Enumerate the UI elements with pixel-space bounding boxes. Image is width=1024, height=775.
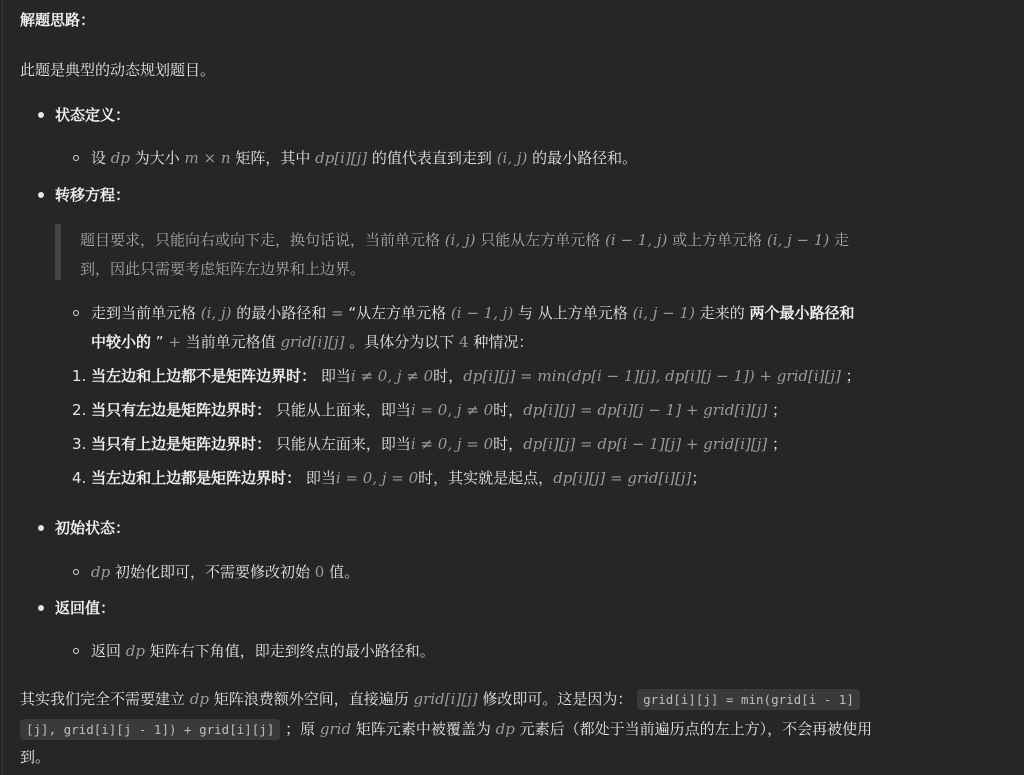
section-title-initial-state: 初始状态： (55, 516, 130, 540)
bullet-icon (38, 112, 44, 118)
transfer-description-line-1: 走到当前单元格 (i, j) 的最小路径和 = “从左方单元格 (i − 1, … (91, 301, 854, 325)
transfer-description-line-2: 中较小的 ” + 当前单元格值 grid[i][j] 。具体分为以下 4 种情况… (91, 330, 533, 354)
blockquote-line-2: 到，因此只需要考虑矩阵左边界和上边界。 (80, 257, 365, 281)
section-title-return-value: 返回值： (55, 596, 115, 620)
conclusion-line-3: 到。 (20, 745, 50, 769)
sub-bullet-icon (73, 310, 79, 316)
intro-paragraph: 此题是典型的动态规划题目。 (20, 58, 215, 82)
conclusion-line-1: 其实我们完全不需要建立 dp 矩阵浪费额外空间，直接遍历 grid[i][j] … (20, 687, 860, 712)
case-item-4: 4. 当左边和上边都是矩阵边界时： 即当i = 0, j = 0时，其实就是起点… (72, 466, 706, 490)
conclusion-line-2: [j], grid[i][j - 1]) + grid[i][j] ；原 gri… (20, 717, 872, 742)
section-title-state-definition: 状态定义： (55, 103, 130, 127)
bullet-icon (38, 192, 44, 198)
state-definition-text: 设 dp 为大小 m × n 矩阵，其中 dp[i][j] 的值代表直到走到 (… (91, 146, 637, 170)
case-item-2: 2. 当只有左边是矩阵边界时： 只能从上面来，即当i = 0, j ≠ 0时，d… (72, 398, 787, 422)
sub-bullet-icon (73, 155, 79, 161)
left-edge-divider (2, 0, 3, 775)
blockquote-bar (55, 224, 61, 280)
sub-bullet-icon (73, 569, 79, 575)
case-item-3: 3. 当只有上边是矩阵边界时： 只能从左面来，即当i ≠ 0, j = 0时，d… (72, 432, 787, 456)
return-value-text: 返回 dp 矩阵右下角值，即走到终点的最小路径和。 (91, 639, 435, 663)
inline-code: [j], grid[i][j - 1]) + grid[i][j] (20, 719, 280, 740)
initial-state-text: dp 初始化即可，不需要修改初始 0 值。 (91, 560, 359, 584)
inline-code: grid[i][j] = min(grid[i - 1] (637, 689, 860, 710)
sub-bullet-icon (73, 648, 79, 654)
section-title-transition: 转移方程： (55, 183, 130, 207)
blockquote-line-1: 题目要求，只能向右或向下走，换句话说，当前单元格 (i, j) 只能从左方单元格… (80, 228, 849, 252)
bullet-icon (38, 525, 44, 531)
case-item-1: 1. 当左边和上边都不是矩阵边界时： 即当i ≠ 0, j ≠ 0时，dp[i]… (72, 364, 861, 388)
page-title: 解题思路： (20, 8, 95, 32)
bullet-icon (38, 605, 44, 611)
